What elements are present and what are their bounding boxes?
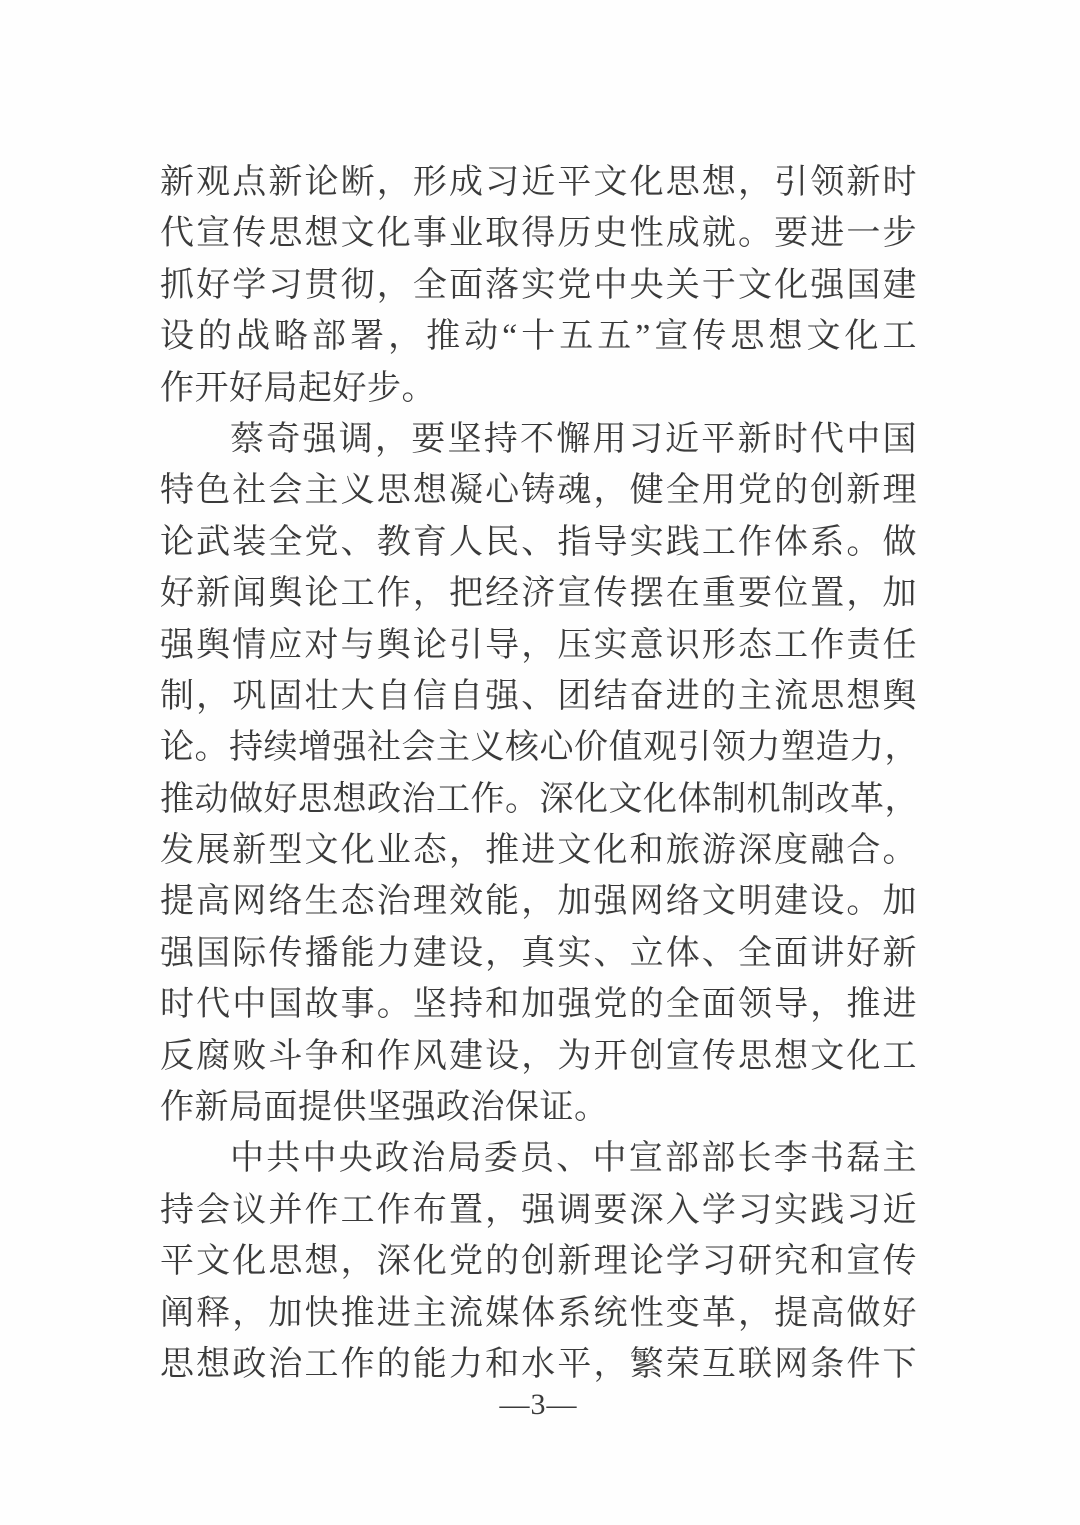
text-line: 发展新型文化业态，推进文化和旅游深度融合。 [160,825,917,876]
text-line: 中共中央政治局委员、中宣部部长李书磊主 [160,1133,917,1184]
text-line: 新观点新论断，形成习近平文化思想，引领新时 [160,157,917,208]
text-line: 推动做好思想政治工作。深化文化体制机制改革， [160,774,917,825]
text-line: 提高网络生态治理效能，加强网络文明建设。加 [160,876,917,927]
text-line: 代宣传思想文化事业取得历史性成就。要进一步 [160,208,917,259]
document-page: 新观点新论断，形成习近平文化思想，引领新时代宣传思想文化事业取得历史性成就。要进… [0,0,1080,1525]
text-line: 特色社会主义思想凝心铸魂，健全用党的创新理 [160,465,917,516]
text-line: 时代中国故事。坚持和加强党的全面领导，推进 [160,979,917,1030]
text-line: 论。持续增强社会主义核心价值观引领力塑造力， [160,722,917,773]
text-line: 抓好学习贯彻，全面落实党中央关于文化强国建 [160,260,917,311]
text-line: 设的战略部署，推动“十五五”宣传思想文化工 [160,311,917,362]
text-line: 作开好局起好步。 [160,363,917,414]
text-line: 反腐败斗争和作风建设，为开创宣传思想文化工 [160,1031,917,1082]
text-line: 好新闻舆论工作，把经济宣传摆在重要位置，加 [160,568,917,619]
text-line: 作新局面提供坚强政治保证。 [160,1082,917,1133]
text-line: 阐释，加快推进主流媒体系统性变革，提高做好 [160,1288,917,1339]
page-number: —3— [160,1388,917,1422]
text-line: 强国际传播能力建设，真实、立体、全面讲好新 [160,928,917,979]
text-line: 蔡奇强调，要坚持不懈用习近平新时代中国 [160,414,917,465]
text-line: 平文化思想，深化党的创新理论学习研究和宣传 [160,1236,917,1287]
text-line: 持会议并作工作布置，强调要深入学习实践习近 [160,1185,917,1236]
body-text: 新观点新论断，形成习近平文化思想，引领新时代宣传思想文化事业取得历史性成就。要进… [160,157,917,1390]
text-line: 强舆情应对与舆论引导，压实意识形态工作责任 [160,620,917,671]
text-line: 思想政治工作的能力和水平，繁荣互联网条件下 [160,1339,917,1390]
text-line: 论武装全党、教育人民、指导实践工作体系。做 [160,517,917,568]
text-line: 制，巩固壮大自信自强、团结奋进的主流思想舆 [160,671,917,722]
